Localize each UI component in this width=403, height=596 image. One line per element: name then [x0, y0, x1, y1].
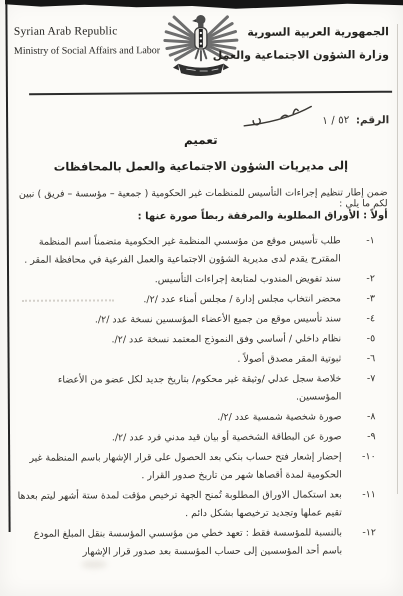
list-item: ٩- صورة عن البطاقة الشخصية أو بيان قيد م…	[13, 428, 378, 448]
item-text: سند تفويض المندوب لمتابعة إجراءات التأسي…	[155, 273, 341, 285]
item-text: محضر انتخاب مجلس إدارة / مجلس أمناء عدد …	[143, 293, 341, 305]
item-number: ٨-	[367, 408, 376, 426]
list-item: ١٠- إحضار إشعار فتح حساب بنكي بعد الحصول…	[13, 448, 378, 486]
item-number: ١-	[366, 232, 375, 250]
ministry-name-ar: وزارة الشؤون الاجتماعية والعمل	[213, 43, 389, 67]
reference-label: الرقم:	[356, 114, 389, 126]
list-item: ١٢- بالنسبة للمؤسسة فقط : تعهد خطي من مؤ…	[13, 524, 378, 562]
requirements-list: ١- طلب تأسيس موقع من مؤسسي المنظمة غير ا…	[12, 232, 378, 564]
list-item: ٧- خلاصة سجل عدلي /وثيقة غير محكوم/ بتار…	[12, 370, 377, 408]
item-text: إحضار إشعار فتح حساب بنكي بعد الحصول على…	[29, 451, 341, 481]
list-item: ١- طلب تأسيس موقع من مؤسسي المنظمة غير ا…	[12, 232, 377, 270]
item-number: ٧-	[367, 370, 376, 388]
list-item: ٥- نظام داخلي / أساسي وفق النموذج المعتم…	[12, 330, 377, 350]
item-text: نظام داخلي / أساسي وفق النموذج المعتمد ن…	[111, 333, 341, 345]
item-text: بالنسبة للمؤسسة فقط : تعهد خطي من مؤسسي …	[34, 527, 342, 557]
item-text: بعد استكمال الاوراق المطلوبة تُمنح الجهة…	[18, 489, 342, 519]
intro-paragraph: ضمن إطار تنظيم إجراءات التأسيس للمنظمات …	[8, 187, 388, 211]
addressee-line: إلى مديريات الشؤون الاجتماعية والعمل بال…	[0, 158, 402, 174]
header-divider	[29, 91, 392, 96]
item-number: ٩-	[367, 428, 376, 446]
scan-smudge-artifact	[81, 560, 107, 568]
header-english: Syrian Arab Republic Ministry of Social …	[14, 25, 160, 57]
item-text: ثبوتية المقر مصدق أصولاً .	[237, 353, 341, 364]
item-number: ٦-	[367, 350, 376, 368]
item-number: ١١-	[362, 486, 376, 504]
reference-number-line: الرقم: ٥٢ / ١	[241, 103, 389, 130]
item-number: ٣-	[366, 290, 375, 308]
list-item: ٨- صورة شخصية شمسية عدد /٢/.	[12, 408, 377, 428]
item-text: طلب تأسيس موقع من مؤسسي المنظمة غير الحك…	[24, 235, 341, 265]
item-text: صورة عن البطاقة الشخصية أو بيان قيد مدني…	[112, 431, 342, 443]
scan-noise-artifact	[22, 299, 114, 301]
item-number: ١٢-	[362, 524, 376, 542]
document-content: Syrian Arab Republic Ministry of Social …	[0, 0, 403, 596]
list-item: ٤- سند تأسيس موقع من جميع الأعضاء المؤسس…	[12, 310, 377, 330]
item-number: ٢-	[366, 270, 375, 288]
country-name-en: Syrian Arab Republic	[14, 25, 160, 38]
header-arabic: الجمهورية العربية السورية وزارة الشؤون ا…	[213, 20, 389, 67]
item-number: ٥-	[367, 330, 376, 348]
list-item: ١١- بعد استكمال الاوراق المطلوبة تُمنح ا…	[13, 486, 378, 524]
country-name-ar: الجمهورية العربية السورية	[213, 20, 389, 44]
list-item: ٦- ثبوتية المقر مصدق أصولاً .	[12, 350, 377, 370]
circular-title: تعميم	[0, 132, 402, 148]
handwritten-reference-value: ٥٢ / ١	[322, 114, 350, 127]
scanned-circular-page: Syrian Arab Republic Ministry of Social …	[0, 0, 403, 596]
list-item: ٢- سند تفويض المندوب لمتابعة إجراءات الت…	[12, 270, 377, 290]
handwritten-flourish-icon	[241, 104, 315, 130]
item-text: صورة شخصية شمسية عدد /٢/.	[217, 411, 341, 423]
item-text: خلاصة سجل عدلي /وثيقة غير محكوم/ بتاريخ …	[58, 373, 342, 402]
ministry-name-en: Ministry of Social Affairs and Labor	[14, 45, 160, 57]
item-number: ١٠-	[362, 448, 376, 466]
item-text: سند تأسيس موقع من جميع الأعضاء المؤسسين …	[95, 313, 341, 325]
item-number: ٤-	[367, 310, 376, 328]
section-heading: أولاً : الأوراق المطلوبة والمرفقة ربطاً …	[8, 210, 388, 223]
